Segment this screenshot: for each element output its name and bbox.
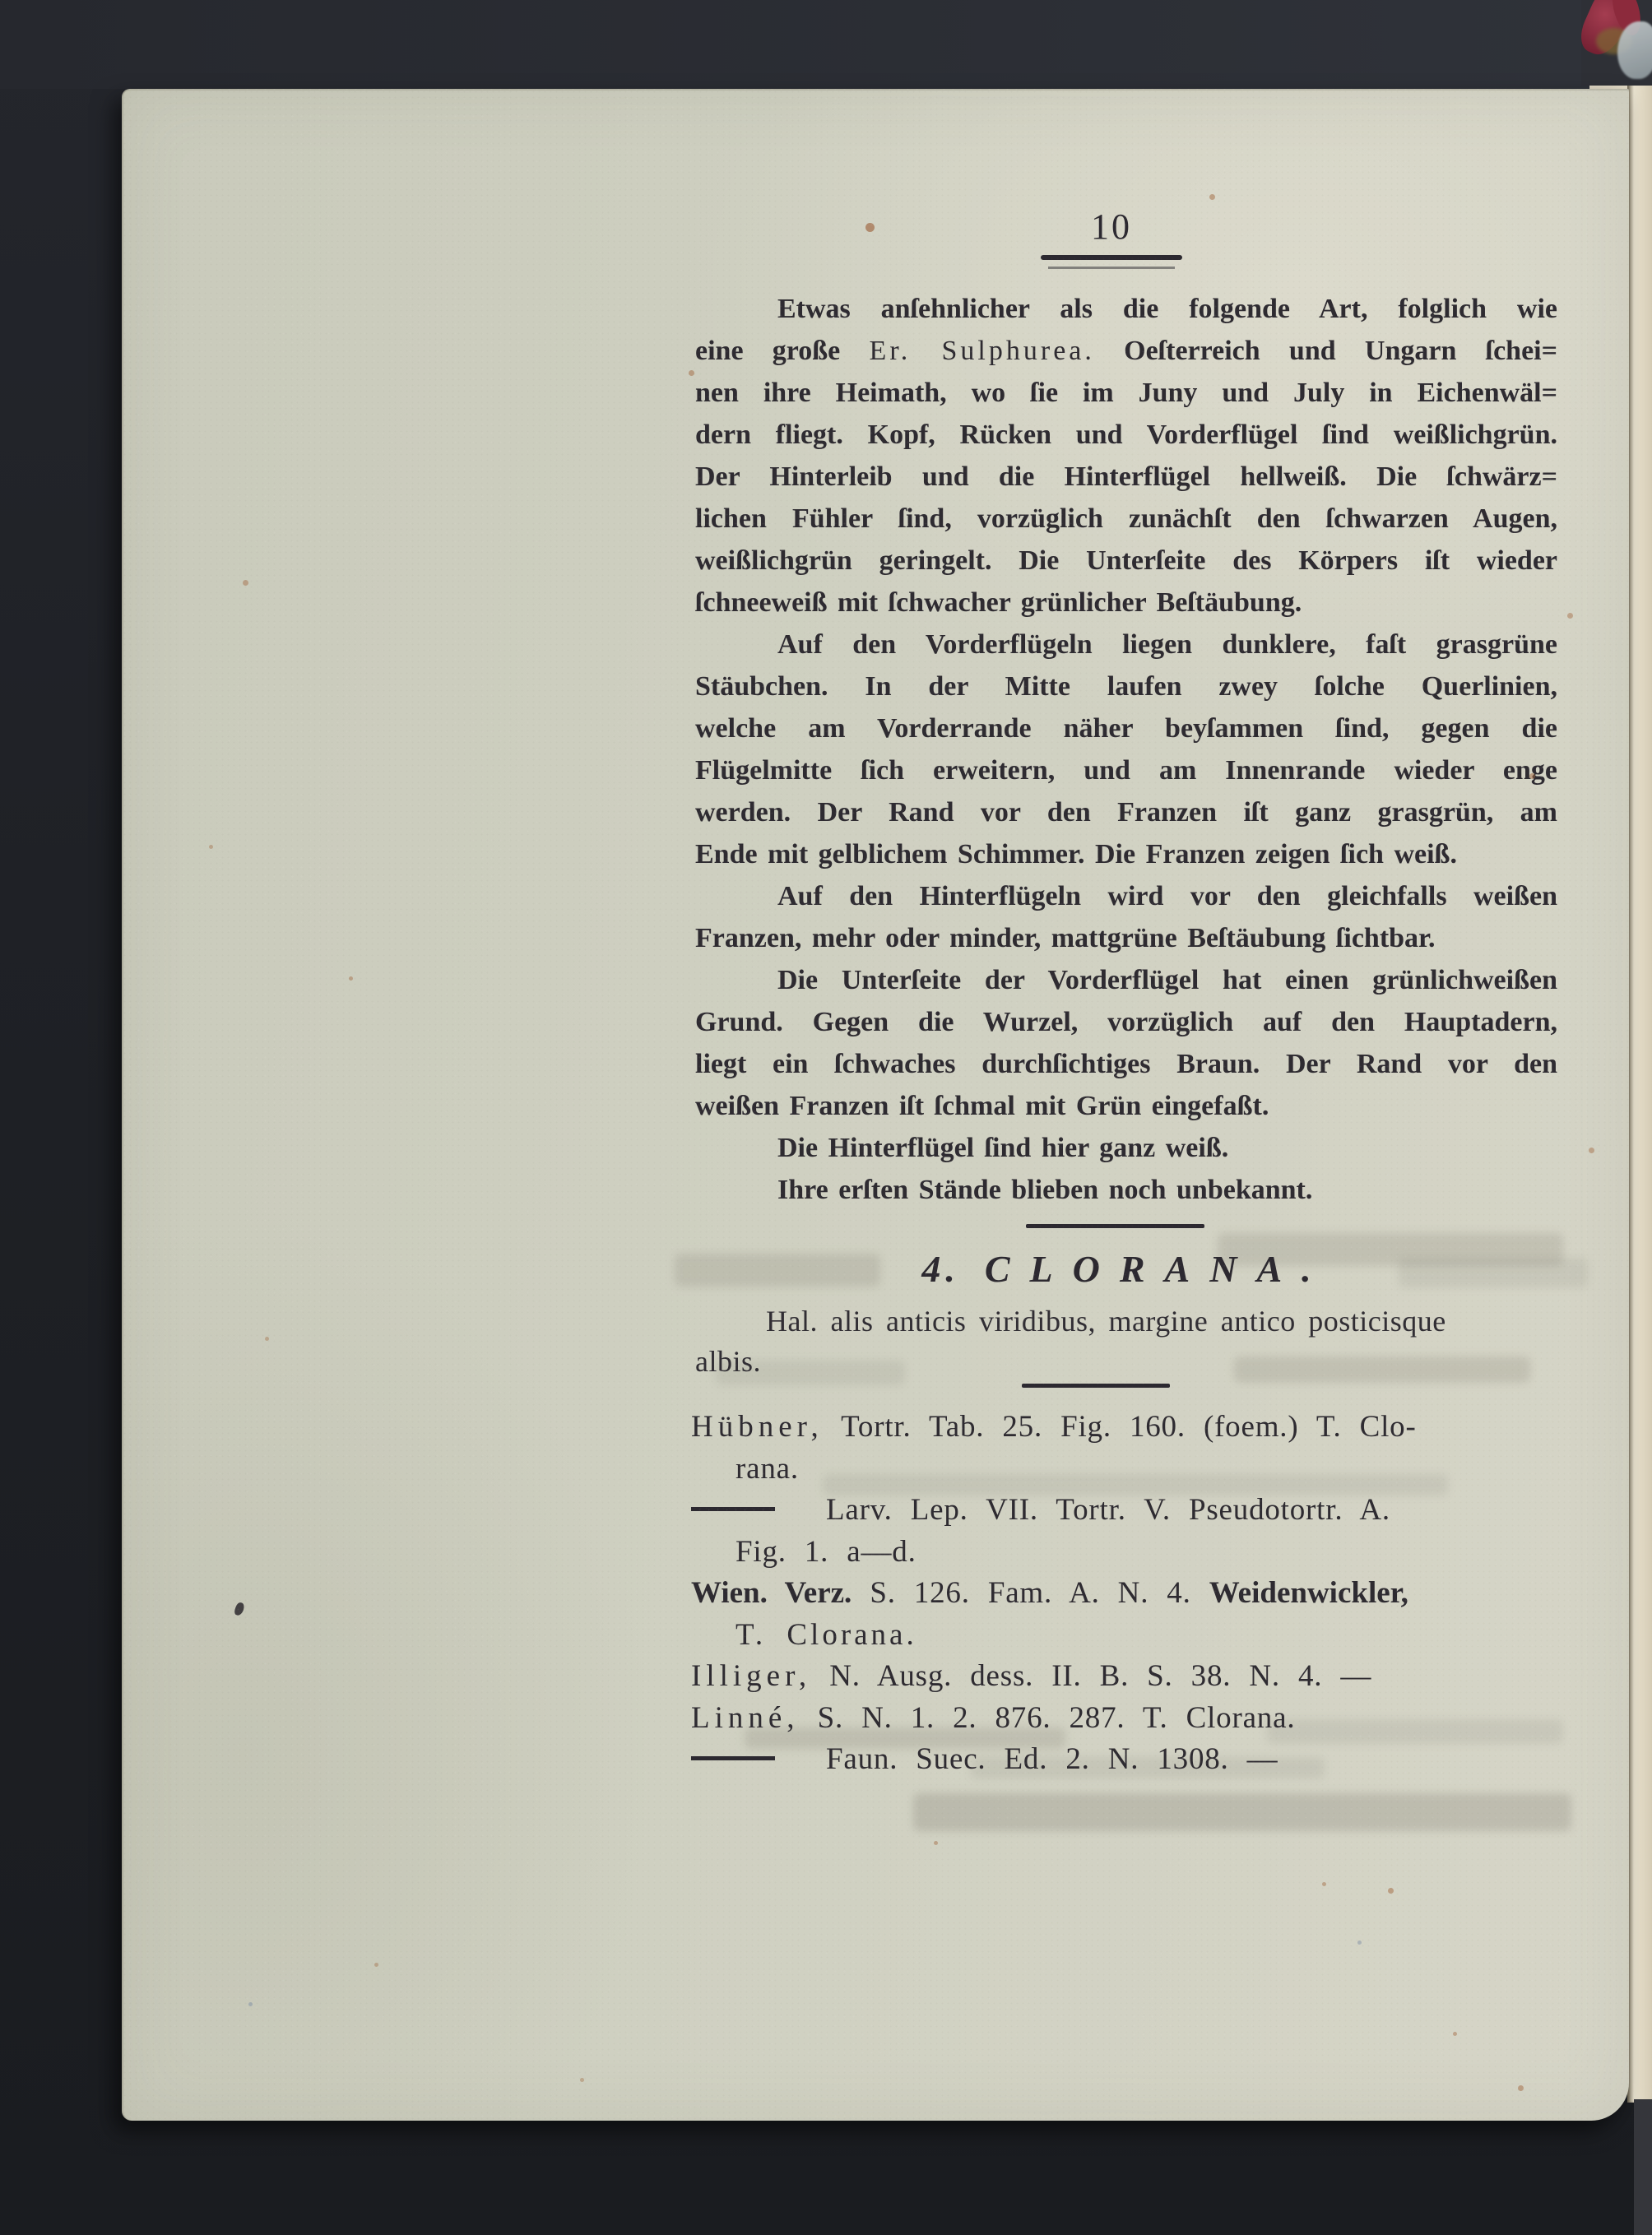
gutter-shadow-strip — [1634, 2099, 1652, 2235]
binding-marble-corner — [1581, 0, 1652, 86]
text-line: welche am Vorderrande näher beyſammen ſi… — [695, 707, 1557, 749]
text-segment: eine große — [695, 336, 870, 366]
text-line: weißen Franzen iſt ſchmal mit Grün einge… — [695, 1085, 1557, 1127]
text-segment: Larv. Lep. VII. Tortr. V. Pseudotortr. A… — [826, 1493, 1390, 1527]
text-segment: Wien. Verz. — [691, 1576, 852, 1610]
text-line: Franzen, mehr oder minder, mattgrüne Beſ… — [695, 917, 1557, 959]
text-line: ——Faun. Suec. Ed. 2. N. 1308. — — [691, 1739, 1575, 1781]
text-line: Hal. alis anticis viridibus, margine ant… — [695, 1301, 1557, 1342]
text-segment: —— — [691, 1756, 775, 1760]
text-line: albis. — [695, 1342, 1557, 1382]
text-line: ——Larv. Lep. VII. Tortr. V. Pseudotortr.… — [691, 1490, 1575, 1532]
text-line: T. Clorana. — [691, 1615, 1575, 1657]
text-line: Grund. Gegen die Wurzel, vorzüglich auf … — [695, 1001, 1557, 1043]
text-segment: liegt ein ſchwaches durchſichtiges Braun… — [695, 1049, 1557, 1079]
text-segment: T. Clorana. — [736, 1618, 917, 1652]
scanner-bed-top — [0, 0, 1591, 89]
page-number-wrap: 10 — [1033, 209, 1190, 278]
text-segment: Ende mit gelblichem Schimmer. Die Franze… — [695, 839, 1457, 869]
show-through — [913, 1793, 1571, 1831]
section-divider-rule — [1026, 1224, 1204, 1228]
page-number: 10 — [1033, 209, 1190, 245]
text-segment: N. Ausg. dess. II. B. S. 38. N. 4. — — [811, 1659, 1371, 1693]
text-segment: Die Hinterflügel ſind hier ganz weiß. — [777, 1133, 1228, 1163]
text-segment: Oeſterreich und Ungarn ſchei= — [1095, 336, 1557, 366]
text-line: Der Hinterleib und die Hinterflügel hell… — [695, 456, 1557, 498]
text-segment: Etwas anſehnlicher als die folgende Art,… — [777, 294, 1557, 324]
page-number-rule-thin — [1048, 267, 1175, 269]
section-name: CLORANA. — [985, 1248, 1331, 1290]
text-segment: ſchneeweiß mit ſchwacher grünlicher Beſt… — [695, 587, 1302, 618]
text-segment: werden. Der Rand vor den Franzen iſt gan… — [695, 797, 1557, 828]
paragraph: Die Hinterflügel ſind hier ganz weiß. — [695, 1127, 1557, 1169]
text-segment: Tortr. Tab. 25. Fig. 160. (foem.) T. Clo… — [824, 1410, 1417, 1444]
text-segment: Illiger, — [691, 1659, 811, 1693]
text-line: Ihre erſten Stände blieben noch unbekann… — [695, 1169, 1557, 1211]
text-line: eine große Er. Sulphurea. Oeſterreich un… — [695, 330, 1557, 372]
text-line: Fig. 1. a—d. — [691, 1532, 1575, 1574]
text-segment: Fig. 1. a—d. — [736, 1535, 916, 1569]
text-line: Die Unterſeite der Vorderflügel hat eine… — [695, 959, 1557, 1001]
page-number-rule-thick — [1041, 255, 1182, 260]
text-segment: Hal. alis anticis viridibus, margine ant… — [766, 1305, 1446, 1338]
paragraph: Etwas anſehnlicher als die folgende Art,… — [695, 288, 1557, 624]
text-segment: Der Hinterleib und die Hinterflügel hell… — [695, 461, 1557, 492]
text-segment: Flügelmitte ſich erweitern, und am Innen… — [695, 755, 1557, 786]
text-line: Ende mit gelblichem Schimmer. Die Franze… — [695, 833, 1557, 875]
text-line: Etwas anſehnlicher als die folgende Art,… — [695, 288, 1557, 330]
foxing-spots — [122, 89, 126, 93]
ink-speck — [234, 1602, 245, 1616]
text-segment: Stäubchen. In der Mitte laufen zwey ſolc… — [695, 671, 1557, 702]
section-heading: 4.CLORANA. — [695, 1247, 1557, 1291]
text-line: Die Hinterflügel ſind hier ganz weiß. — [695, 1127, 1557, 1169]
text-segment: Grund. Gegen die Wurzel, vorzüglich auf … — [695, 1007, 1557, 1037]
text-segment: weißlichgrün geringelt. Die Unterſeite d… — [695, 545, 1557, 576]
paragraph: Auf den Hinterflügeln wird vor den gleic… — [695, 875, 1557, 959]
text-line: nen ihre Heimath, wo ſie im Juny und Jul… — [695, 372, 1557, 414]
text-line: werden. Der Rand vor den Franzen iſt gan… — [695, 791, 1557, 833]
section-number: 4. — [921, 1248, 960, 1290]
text-line: rana. — [691, 1449, 1575, 1491]
text-segment: Hübner, — [691, 1410, 824, 1444]
text-line: Illiger, N. Ausg. dess. II. B. S. 38. N.… — [691, 1656, 1575, 1698]
text-line: Auf den Vorderflügeln liegen dunklere, f… — [695, 624, 1557, 665]
text-segment: Faun. Suec. Ed. 2. N. 1308. — — [826, 1742, 1278, 1776]
bibliography: Hübner, Tortr. Tab. 25. Fig. 160. (foem.… — [691, 1407, 1575, 1781]
text-line: Flügelmitte ſich erweitern, und am Innen… — [695, 749, 1557, 791]
text-segment: Auf den Vorderflügeln liegen dunklere, f… — [777, 629, 1557, 660]
text-line: dern fliegt. Kopf, Rücken und Vorderflüg… — [695, 414, 1557, 456]
text-segment: Auf den Hinterflügeln wird vor den gleic… — [777, 881, 1557, 911]
text-segment: welche am Vorderrande näher beyſammen ſi… — [695, 713, 1557, 744]
paragraph: Auf den Vorderflügeln liegen dunklere, f… — [695, 624, 1557, 875]
text-segment: S. N. 1. 2. 876. 287. T. Clorana. — [800, 1701, 1296, 1735]
text-segment: Weidenwickler, — [1209, 1576, 1408, 1610]
next-page-fore-edge — [1627, 61, 1652, 2103]
scan-background: 10 Etwas anſehnlicher als die folgende A… — [0, 0, 1652, 2235]
latin-diagnosis: Hal. alis anticis viridibus, margine ant… — [695, 1301, 1557, 1382]
text-segment: albis. — [695, 1345, 761, 1378]
text-segment: Die Unterſeite der Vorderflügel hat eine… — [777, 965, 1557, 995]
text-segment: dern fliegt. Kopf, Rücken und Vorderflüg… — [695, 420, 1557, 450]
body-text: Etwas anſehnlicher als die folgende Art,… — [695, 288, 1557, 1211]
diagnosis-divider-rule — [1022, 1384, 1170, 1388]
text-line: Wien. Verz. S. 126. Fam. A. N. 4. Weiden… — [691, 1573, 1575, 1615]
text-line: weißlichgrün geringelt. Die Unterſeite d… — [695, 540, 1557, 582]
book-page: 10 Etwas anſehnlicher als die folgende A… — [122, 89, 1629, 2121]
paragraph: Ihre erſten Stände blieben noch unbekann… — [695, 1169, 1557, 1211]
paragraph: Die Unterſeite der Vorderflügel hat eine… — [695, 959, 1557, 1127]
text-line: liegt ein ſchwaches durchſichtiges Braun… — [695, 1043, 1557, 1085]
text-segment: —— — [691, 1507, 775, 1511]
text-segment: Ihre erſten Stände blieben noch unbekann… — [777, 1175, 1312, 1205]
text-segment: nen ihre Heimath, wo ſie im Juny und Jul… — [695, 378, 1557, 408]
text-line: Auf den Hinterflügeln wird vor den gleic… — [695, 875, 1557, 917]
text-segment: rana. — [736, 1452, 799, 1486]
text-segment: Linné, — [691, 1701, 800, 1735]
text-segment: S. 126. Fam. A. N. 4. — [852, 1576, 1209, 1610]
text-line: lichen Fühler ſind, vorzüglich zunächſt … — [695, 498, 1557, 540]
text-line: Stäubchen. In der Mitte laufen zwey ſolc… — [695, 665, 1557, 707]
text-line: Hübner, Tortr. Tab. 25. Fig. 160. (foem.… — [691, 1407, 1575, 1449]
text-line: Linné, S. N. 1. 2. 876. 287. T. Clorana. — [691, 1698, 1575, 1740]
text-segment: Franzen, mehr oder minder, mattgrüne Beſ… — [695, 923, 1436, 953]
text-line: ſchneeweiß mit ſchwacher grünlicher Beſt… — [695, 582, 1557, 624]
text-segment: lichen Fühler ſind, vorzüglich zunächſt … — [695, 503, 1557, 534]
text-segment: weißen Franzen iſt ſchmal mit Grün einge… — [695, 1091, 1269, 1121]
text-segment: Er. Sulphurea. — [870, 336, 1095, 366]
